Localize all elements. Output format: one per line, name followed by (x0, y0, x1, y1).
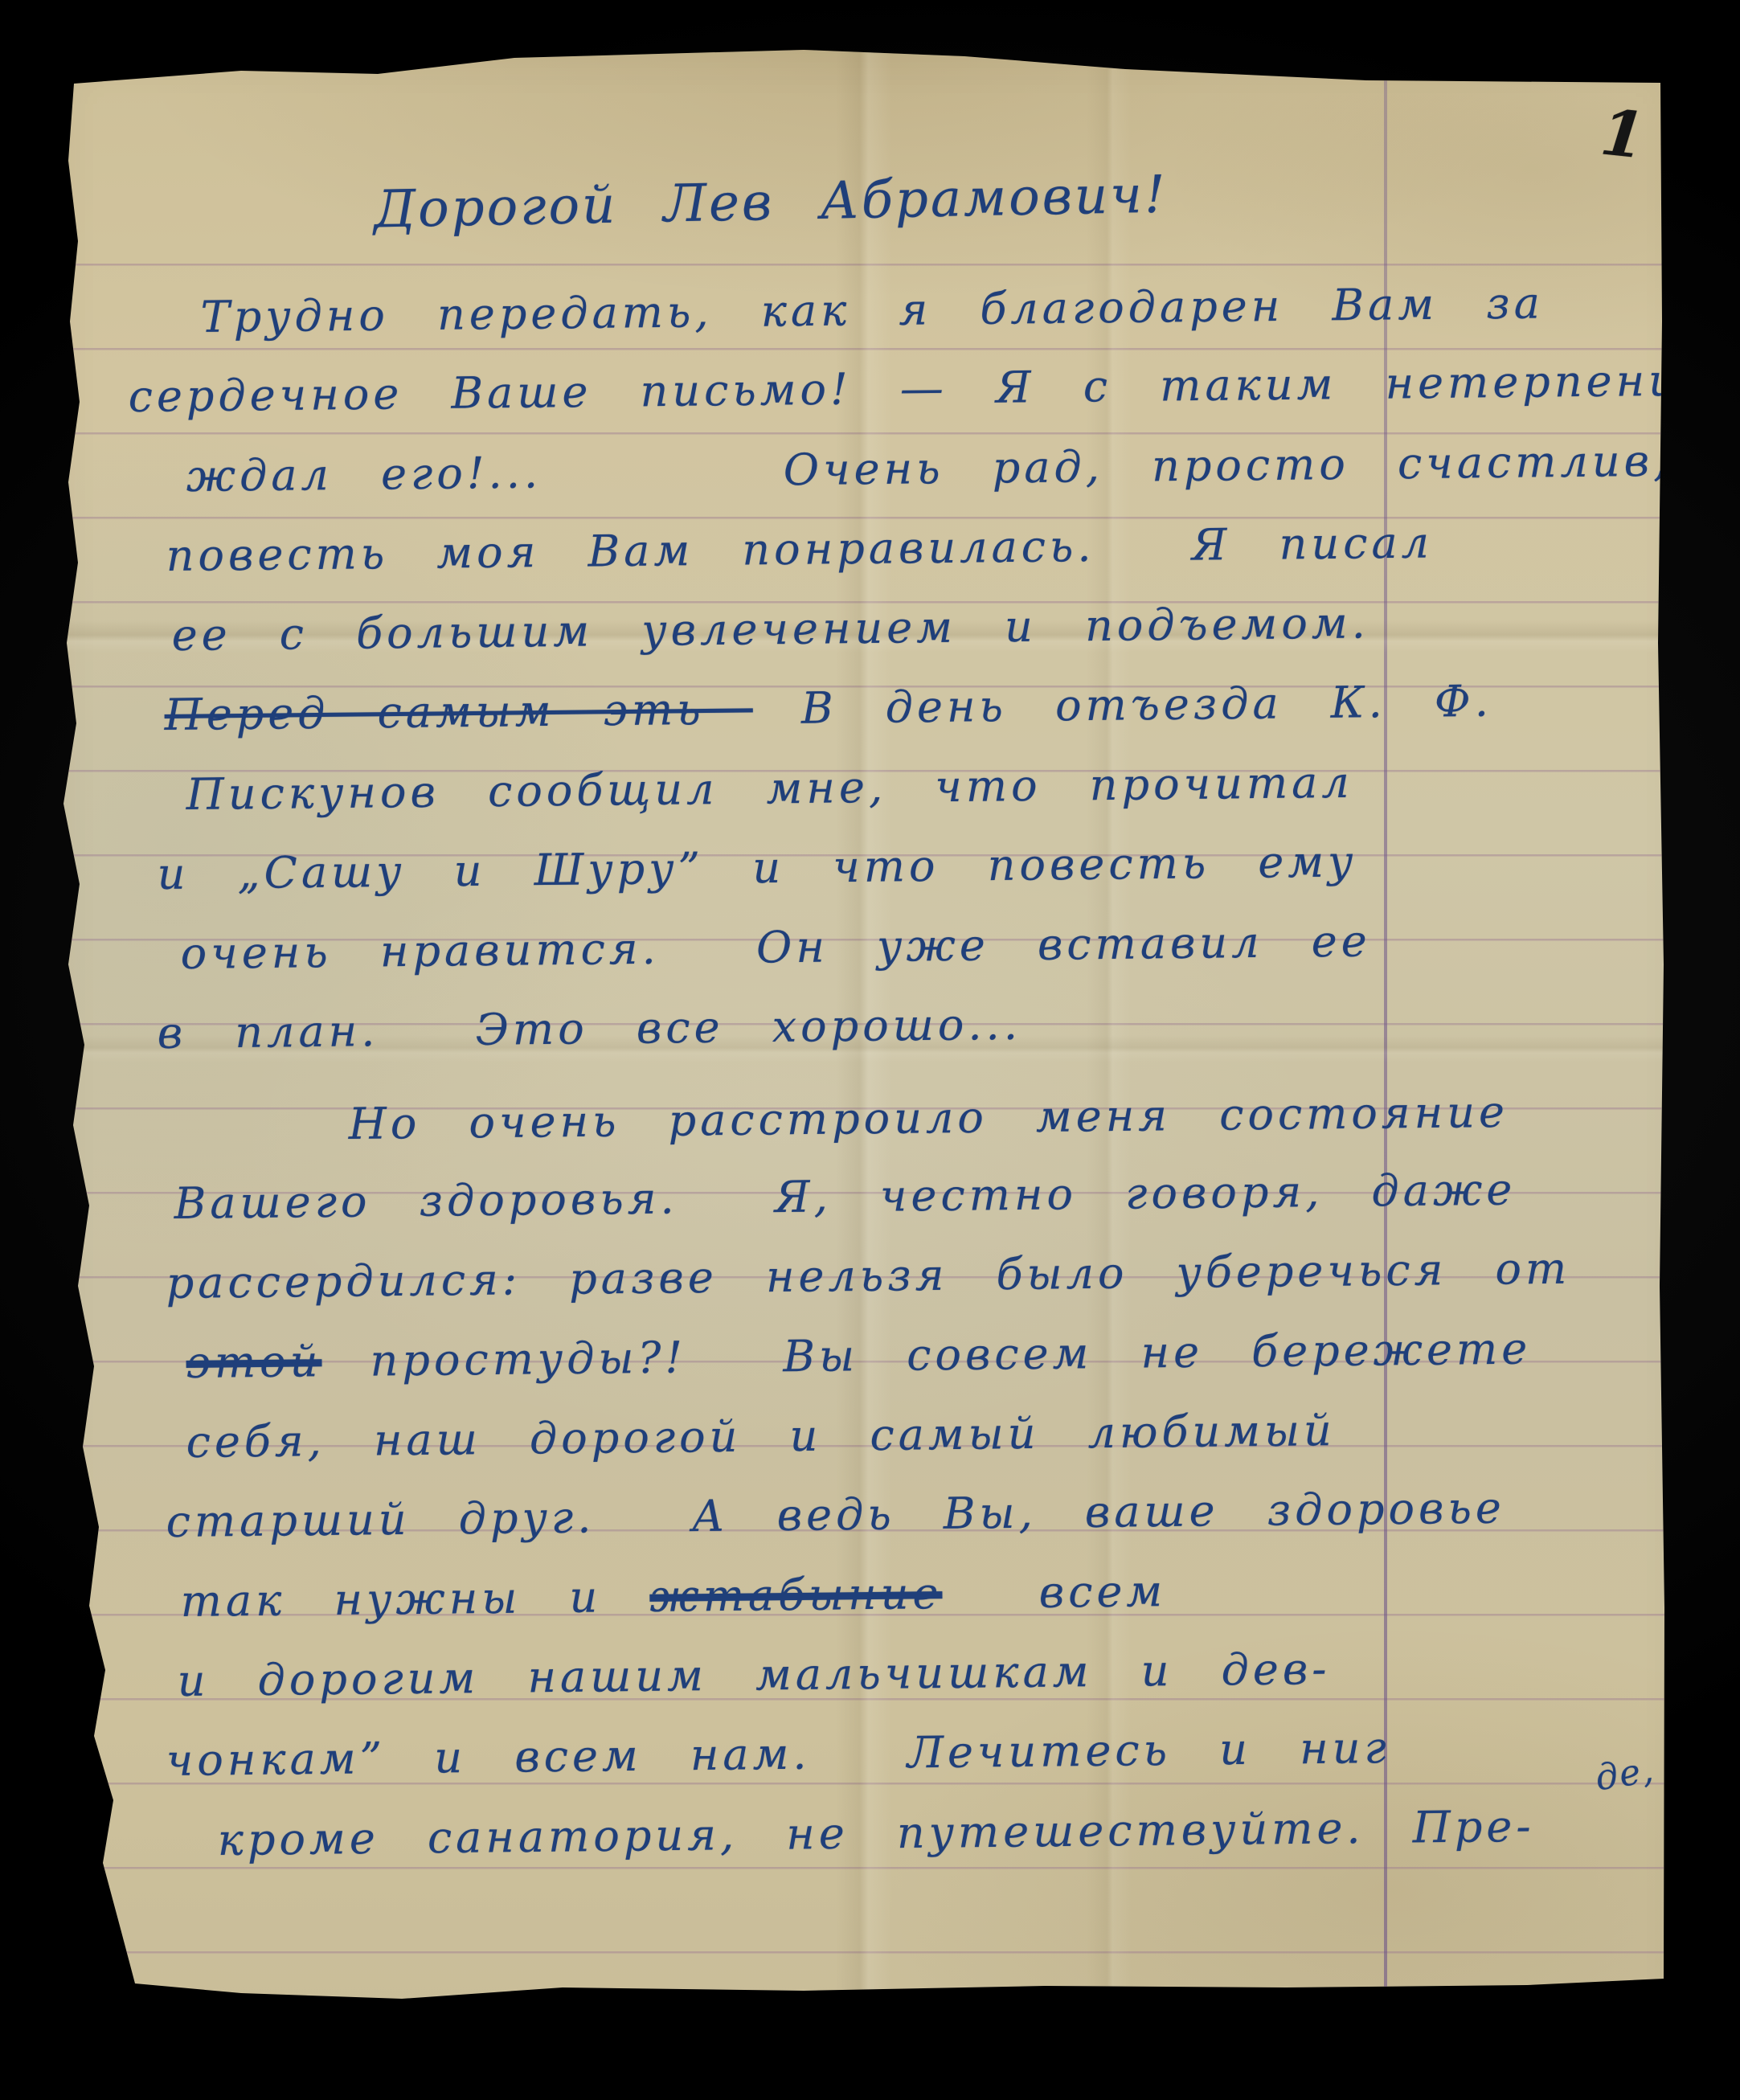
line-text: простуды?! Вы совсем не бережете (321, 1323, 1531, 1386)
letter-line-7: Пискунов сообщил мне, что прочитал (186, 757, 1353, 820)
line-text: Трудно передать, как я благодарен Вам за (200, 278, 1544, 342)
line-text: всем (942, 1566, 1166, 1619)
line-text: В день отъезда К. Ф. (752, 676, 1492, 735)
letter-line-10: в план. Это все хорошо... (157, 999, 1021, 1058)
line-text: ждал его!... Очень рад, просто счастлив,… (186, 434, 1740, 501)
struck-text: этой (186, 1336, 321, 1388)
line-text: повесть моя Вам понравилась. Я писал (166, 517, 1433, 581)
letter-line-19: чонкам” и всем нам. Лечитесь и ниг (166, 1722, 1390, 1786)
line-text: старший друг. А ведь Вы, ваше здоровье (166, 1483, 1505, 1547)
letter-line-16: старший друг. А ведь Вы, ваше здоровье (166, 1483, 1505, 1547)
letter-page: 1 Дорогой Лев Абрамович! Трудно передать… (0, 0, 1740, 2100)
line-text: чонкам” и всем нам. Лечитесь и ниг (166, 1722, 1390, 1786)
line-text: Пискунов сообщил мне, что прочитал (186, 757, 1353, 820)
line-text: рассердился: разве нельзя было уберечься… (166, 1243, 1570, 1308)
letter-line-17: так нужны и жтабыние всем (180, 1566, 1166, 1627)
line-text: Вашего здоровья. Я, честно говоря, даже (174, 1165, 1516, 1229)
letter-line-14: этой простуды?! Вы совсем не бережете (186, 1323, 1531, 1388)
line-text: и дорогим нашим мальчишкам и дев- (177, 1644, 1330, 1706)
line-text: себя, наш дорогой и самый любимый (186, 1405, 1336, 1468)
inserted-word: де, (1592, 1750, 1657, 1799)
letter-line-9: очень нравится. Он уже вставил ее (180, 915, 1371, 979)
letter-line-8: и „Сашу и Шуру” и что повесть ему (157, 836, 1357, 899)
letter-line-20: кроме санатория, не путешествуйте. Пре- (217, 1801, 1535, 1865)
scanner-background: 1 Дорогой Лев Абрамович! Трудно передать… (0, 0, 1740, 2100)
struck-text: Перед самым эть (164, 683, 753, 740)
letter-line-18: и дорогим нашим мальчишкам и дев- (177, 1644, 1330, 1706)
letter-line-3: ждал его!... Очень рад, просто счастлив,… (186, 434, 1740, 501)
page-number: 1 (1597, 96, 1648, 173)
line-text: Но очень расстроило меня состояние (348, 1087, 1509, 1149)
letter-line-12: Вашего здоровья. Я, честно говоря, даже (174, 1165, 1516, 1229)
struck-text: жтабыние (649, 1568, 943, 1622)
letter-line-2: сердечное Ваше письмо! — Я с таким нетер… (128, 354, 1740, 422)
letter-line-4: повесть моя Вам понравилась. Я писал (166, 517, 1433, 581)
letter-line-6: Перед самым эть В день отъезда К. Ф. (164, 676, 1492, 740)
line-text: в план. Это все хорошо... (157, 999, 1021, 1058)
letter-line-11: Но очень расстроило меня состояние (348, 1087, 1509, 1149)
line-text: так нужны и (180, 1571, 649, 1627)
letter-line-1: Трудно передать, как я благодарен Вам за (200, 278, 1544, 342)
line-text: сердечное Ваше письмо! — Я с таким нетер… (128, 354, 1740, 422)
line-text: кроме санатория, не путешествуйте. Пре- (217, 1801, 1535, 1865)
letter-heading: Дорогой Лев Абрамович! (373, 166, 1168, 240)
line-text: очень нравится. Он уже вставил ее (180, 915, 1371, 979)
line-text: и „Сашу и Шуру” и что повесть ему (157, 836, 1357, 899)
letter-line-13: рассердился: разве нельзя было уберечься… (166, 1243, 1570, 1308)
letter-line-15: себя, наш дорогой и самый любимый (186, 1405, 1336, 1468)
